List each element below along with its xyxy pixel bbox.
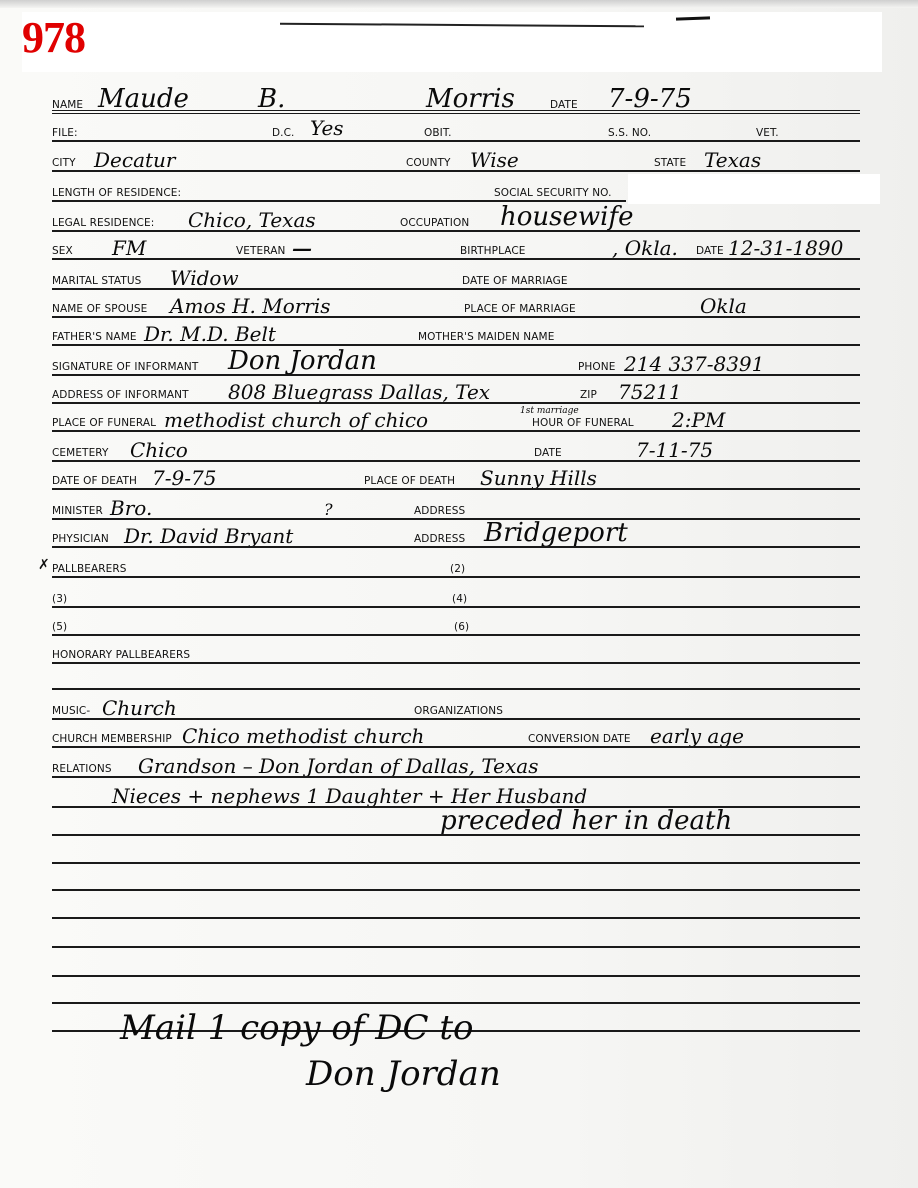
name-middle: B. — [258, 86, 285, 112]
pallbearers-label: PALLBEARERS — [52, 563, 127, 575]
birth-date-value: 12-31-1890 — [728, 238, 843, 258]
birthplace-label: BIRTHPLACE — [460, 245, 526, 257]
blank-line — [52, 975, 860, 977]
relations-line-3: preceded her in death — [440, 808, 732, 834]
row-father: FATHER'S NAME Dr. M.D. Belt MOTHER'S MAI… — [52, 320, 860, 346]
dc-label: D.C. — [272, 127, 295, 139]
blank-line — [52, 688, 860, 690]
music-label: MUSIC- — [52, 705, 90, 717]
row-marital-status: MARITAL STATUS Widow DATE OF MARRIAGE — [52, 264, 860, 290]
place-of-marriage-value: Okla — [700, 296, 747, 316]
place-of-death-label: PLACE OF DEATH — [364, 475, 455, 487]
funeral-date-label: DATE — [534, 447, 562, 459]
row-minister: MINISTER Bro. ? ADDRESS — [52, 494, 860, 520]
name-last: Morris — [426, 86, 515, 112]
row-length-of-residence: LENGTH OF RESIDENCE: SOCIAL SECURITY NO. — [52, 176, 626, 202]
ssn-blank-area — [628, 174, 880, 204]
pallbearer-slot-4: (4) — [452, 593, 467, 605]
row-informant-address: ADDRESS OF INFORMANT 808 Bluegrass Dalla… — [52, 378, 860, 404]
length-of-residence-label: LENGTH OF RESIDENCE: — [52, 187, 181, 199]
city-label: CITY — [52, 157, 76, 169]
address-of-informant-label: ADDRESS OF INFORMANT — [52, 389, 189, 401]
row-city: CITY Decatur COUNTY Wise STATE Texas — [52, 146, 860, 172]
relations-line-2: Nieces + nephews 1 Daughter + Her Husban… — [112, 786, 587, 806]
vet-label: VET. — [756, 127, 779, 139]
physician-address-label: ADDRESS — [414, 533, 465, 545]
row-music: MUSIC- Church ORGANIZATIONS — [52, 694, 860, 720]
music-value: Church — [102, 698, 177, 718]
signature-of-informant-value: Don Jordan — [228, 348, 377, 374]
social-security-label: SOCIAL SECURITY NO. — [494, 187, 612, 199]
state-label: STATE — [654, 157, 686, 169]
footer-note-line-1: Mail 1 copy of DC to — [120, 1008, 473, 1048]
cemetery-label: CEMETERY — [52, 447, 109, 459]
place-of-marriage-label: PLACE OF MARRIAGE — [464, 303, 576, 315]
county-label: COUNTY — [406, 157, 451, 169]
veteran-value: — — [292, 238, 312, 258]
row-name: NAME Maude B. Morris DATE 7-9-75 — [52, 86, 860, 114]
obit-label: OBIT. — [424, 127, 452, 139]
legal-residence-value: Chico, Texas — [188, 210, 316, 230]
minister-address-label: ADDRESS — [414, 505, 465, 517]
row-physician: PHYSICIAN Dr. David Bryant ADDRESS Bridg… — [52, 522, 860, 548]
date-of-death-value: 7-9-75 — [152, 468, 216, 488]
pallbearers-check-mark: ✗ — [38, 557, 50, 573]
place-of-funeral-label: PLACE OF FUNERAL — [52, 417, 156, 429]
pallbearer-slot-3: (3) — [52, 593, 67, 605]
row-pallbearers-1: PALLBEARERS (2) — [52, 552, 860, 578]
minister-value: Bro. — [110, 498, 152, 518]
row-spouse: NAME OF SPOUSE Amos H. Morris PLACE OF M… — [52, 292, 860, 318]
fathers-name-value: Dr. M.D. Belt — [144, 324, 276, 344]
row-relations-3: preceded her in death — [52, 810, 860, 836]
conversion-date-label: CONVERSION DATE — [528, 733, 631, 745]
blank-line — [52, 917, 860, 919]
date-of-marriage-label: DATE OF MARRIAGE — [462, 275, 568, 287]
row-legal-residence: LEGAL RESIDENCE: Chico, Texas OCCUPATION… — [52, 206, 860, 232]
blank-line — [52, 1002, 860, 1004]
row-cemetery: CEMETERY Chico DATE 7-11-75 — [52, 436, 860, 462]
row-place-of-funeral: PLACE OF FUNERAL methodist church of chi… — [52, 406, 860, 432]
sex-value: FM — [112, 238, 146, 258]
header-blank-area — [22, 12, 882, 72]
footer-note-line-2: Don Jordan — [306, 1054, 501, 1094]
spouse-value: Amos H. Morris — [170, 296, 331, 316]
dc-value: Yes — [310, 118, 344, 138]
phone-value: 214 337-8391 — [624, 354, 764, 374]
mothers-maiden-name-label: MOTHER'S MAIDEN NAME — [418, 331, 554, 343]
marital-status-label: MARITAL STATUS — [52, 275, 141, 287]
zip-label: ZIP — [580, 389, 597, 401]
first-marriage-note: 1st marriage — [520, 407, 579, 416]
zip-value: 75211 — [618, 382, 682, 402]
pallbearer-slot-6: (6) — [454, 621, 469, 633]
spouse-label: NAME OF SPOUSE — [52, 303, 147, 315]
minister-value-unknown: ? — [324, 502, 333, 518]
row-pallbearers-3: (5) (6) — [52, 610, 860, 636]
legal-residence-label: LEGAL RESIDENCE: — [52, 217, 154, 229]
occupation-label: OCCUPATION — [400, 217, 469, 229]
scan-edge-shadow — [0, 0, 918, 8]
date-of-death-label: DATE OF DEATH — [52, 475, 137, 487]
row-file: FILE: D.C. Yes OBIT. S.S. NO. VET. — [52, 116, 860, 142]
physician-value: Dr. David Bryant — [124, 526, 293, 546]
physician-address-value: Bridgeport — [484, 520, 628, 546]
phone-label: PHONE — [578, 361, 615, 373]
veteran-label: VETERAN — [236, 245, 285, 257]
blank-line — [52, 946, 860, 948]
state-value: Texas — [704, 150, 761, 170]
birthplace-value: , Okla. — [612, 238, 678, 258]
row-sex: SEX FM VETERAN — BIRTHPLACE , Okla. DATE… — [52, 234, 860, 260]
name-first: Maude — [98, 86, 189, 112]
row-church-membership: CHURCH MEMBERSHIP Chico methodist church… — [52, 722, 860, 748]
occupation-value: housewife — [500, 204, 633, 230]
church-membership-value: Chico methodist church — [182, 726, 424, 746]
pallbearer-slot-2: (2) — [450, 563, 465, 575]
place-of-death-value: Sunny Hills — [480, 468, 597, 488]
address-of-informant-value: 808 Bluegrass Dallas, Tex — [228, 382, 490, 402]
pallbearer-slot-5: (5) — [52, 621, 67, 633]
fathers-name-label: FATHER'S NAME — [52, 331, 137, 343]
conversion-date-value: early age — [650, 726, 744, 746]
row-relations-2: Nieces + nephews 1 Daughter + Her Husban… — [52, 782, 860, 808]
birth-date-label: DATE — [696, 245, 724, 257]
physician-label: PHYSICIAN — [52, 533, 109, 545]
signature-of-informant-label: SIGNATURE OF INFORMANT — [52, 361, 198, 373]
sex-label: SEX — [52, 245, 73, 257]
record-number: 978 — [22, 12, 85, 63]
marital-status-value: Widow — [170, 268, 239, 288]
minister-label: MINISTER — [52, 505, 103, 517]
organizations-label: ORGANIZATIONS — [414, 705, 503, 717]
relations-label: RELATIONS — [52, 763, 112, 775]
county-value: Wise — [470, 150, 519, 170]
honorary-pallbearers-label: HONORARY PALLBEARERS — [52, 649, 190, 661]
church-membership-label: CHURCH MEMBERSHIP — [52, 733, 172, 745]
file-label: FILE: — [52, 127, 78, 139]
place-of-funeral-value: methodist church of chico — [164, 410, 428, 430]
row-relations-1: RELATIONS Grandson – Don Jordan of Dalla… — [52, 752, 860, 778]
relations-line-1: Grandson – Don Jordan of Dallas, Texas — [138, 756, 539, 776]
city-value: Decatur — [94, 150, 175, 170]
row-date-of-death: DATE OF DEATH 7-9-75 PLACE OF DEATH Sunn… — [52, 464, 860, 490]
blank-line — [52, 889, 860, 891]
cemetery-value: Chico — [130, 440, 188, 460]
hour-of-funeral-value: 2:PM — [672, 410, 725, 430]
date-value: 7-9-75 — [608, 86, 692, 112]
funeral-record-page: 978 NAME Maude B. Morris DATE 7-9-75 FIL… — [0, 0, 918, 1188]
funeral-date-value: 7-11-75 — [636, 440, 713, 460]
blank-line — [52, 862, 860, 864]
hour-of-funeral-label: HOUR OF FUNERAL — [532, 417, 634, 429]
row-informant-signature: SIGNATURE OF INFORMANT Don Jordan PHONE … — [52, 350, 860, 376]
row-honorary-pallbearers: HONORARY PALLBEARERS — [52, 638, 860, 664]
ss-no-label: S.S. NO. — [608, 127, 651, 139]
row-pallbearers-2: (3) (4) — [52, 582, 860, 608]
